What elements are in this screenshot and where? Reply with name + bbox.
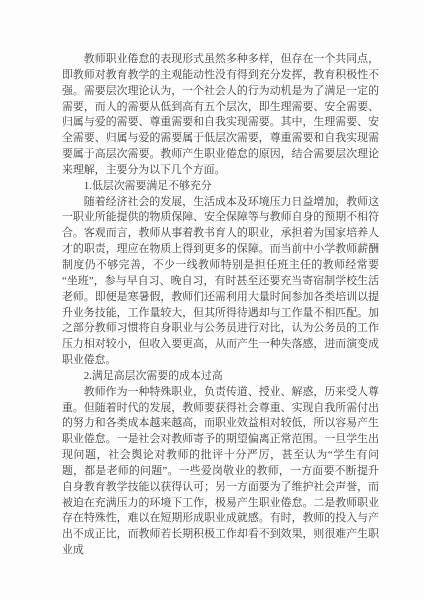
section-1-paragraph: 随着经济社会的发展，生活成本及环境压力日益增加，教师这一职业所能提供的物质保障、… (62, 195, 379, 369)
section-2-paragraph: 教师作为一种特殊职业，负责传道、授业、解惑，历来受人尊重。但随着时代的发展，教师… (62, 385, 379, 559)
section-2-heading: 2.满足高层次需要的成本过高 (62, 369, 379, 385)
document-text-block: 教师职业倦怠的表现形式虽然多种多样，但存在一个共同点，即教师对教育教学的主观能动… (62, 52, 379, 559)
document-page: 教师职业倦怠的表现形式虽然多种多样，但存在一个共同点，即教师对教育教学的主观能动… (0, 0, 424, 600)
intro-paragraph: 教师职业倦怠的表现形式虽然多种多样，但存在一个共同点，即教师对教育教学的主观能动… (62, 52, 379, 179)
section-1-heading: 1.低层次需要满足不够充分 (62, 179, 379, 195)
